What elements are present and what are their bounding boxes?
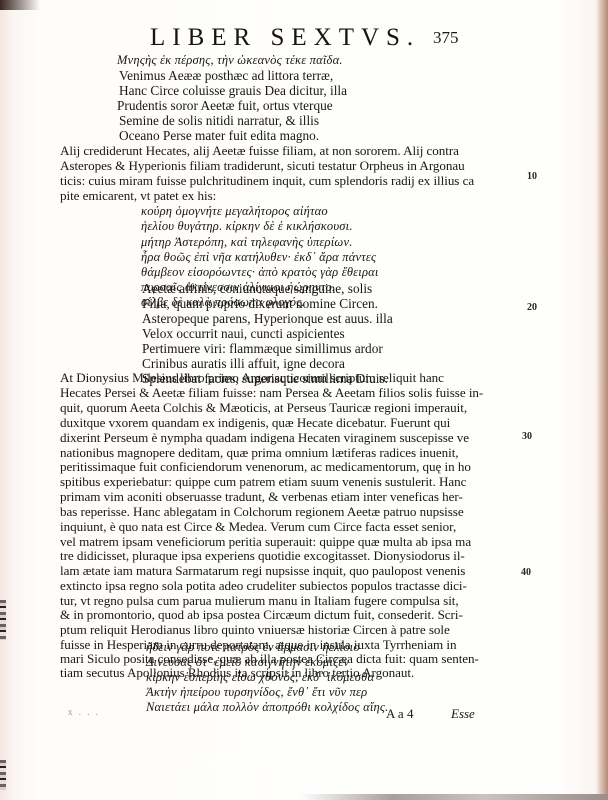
prose-line: lam ætate iam matura Sarmatarum regi nup…	[60, 563, 465, 578]
greek-line: Μνηςὴς ἐκ πέρσης, τὴν ὠκεανὸς τέκε παῖδα…	[117, 53, 343, 68]
greek-line: κούρη ὁμογνήτε μεγαλήτορος αἰήταο	[141, 204, 328, 219]
verse-line: Oceano Perse mater fuit edita magno.	[119, 128, 319, 143]
prose-line: At Dionysius Milesius libro primo Argona…	[60, 370, 444, 385]
verse-line: Filia, quam proprio dixerunt nomine Circ…	[142, 296, 378, 311]
prose-line: nationibus magnopere deditam, quæ prima …	[60, 445, 459, 460]
verse-line: Venimus Aeææ posthæc ad littora terræ,	[119, 68, 333, 83]
greek-line: κίρκην ἑσπερίης εἴσω χθονός, ἐκδ᾽ ἱκόμεσ…	[146, 670, 374, 685]
prose-line: vel matrem ipsam veneficiorum peritia su…	[60, 534, 471, 549]
greek-line: μήτηρ Ἀστερόπη, καὶ τηλεφανὴς ὑπερίων.	[141, 235, 353, 250]
margin-line-number: 20	[527, 302, 537, 313]
prose-line: ticis: cuius miram fuisse pulchritudinem…	[60, 173, 474, 188]
margin-line-number: 30	[522, 431, 532, 442]
book-page: LIBER SEXTVS. 375 Μνηςὴς ἐκ πέρσης, τὴν …	[0, 0, 608, 800]
margin-line-number: 40	[521, 567, 531, 578]
prose-line: extincto ipsa regno sola potita adeo cru…	[60, 578, 467, 593]
prose-line: peritissimaque fuit conficiendorum venen…	[60, 459, 471, 474]
prose-line: spitibus experiebatur: quippe cum patrem…	[60, 474, 466, 489]
page-edge-shadow	[0, 600, 6, 640]
prose-line: pite emicarent, vt patet ex his:	[60, 188, 216, 203]
print-smudge: x . . .	[68, 707, 100, 717]
page-edge-shadow	[0, 760, 6, 790]
margin-line-number: 10	[527, 171, 537, 182]
greek-line: θάμβεον εἰσορόωντες· ἀπὸ κρατὸς γὰρ ἔθει…	[141, 265, 379, 280]
verse-line: Semine de solis nitidi narratur, & illis	[119, 113, 319, 128]
prose-line: inquiunt, è quo nata est Circe & Medea. …	[60, 519, 456, 534]
prose-line: ptum reliquit Herodianus libro quinto vn…	[60, 622, 450, 637]
greek-line: Ναιετάει μάλα πολλὸν ἀποπρόθι κολχίδος α…	[146, 700, 389, 715]
greek-line: ἤδειν γάρ ποτε πατρὸς ἐν ἅρμασιν ἠελίοιο	[146, 640, 360, 655]
signature-mark: A a 4	[386, 706, 413, 722]
prose-line: duxitque vxorem quandam ex indigenis, qu…	[60, 415, 450, 430]
verse-line: Pertimuere viri: flammæque simillimus ar…	[142, 341, 383, 356]
prose-line: bas reperisse. Hanc ablegatam in Colchor…	[60, 504, 464, 519]
greek-line: ἠελίου θυγάτηρ. κίρκην δὲ ἑ κικλήσκουσι.	[141, 219, 353, 234]
greek-line: ἦρα θοῶς ἐπὶ νῆα κατήλυθεν· ἐκδ᾽ ἄρα πάν…	[141, 250, 376, 265]
prose-line: tur, vt regno pulsa cum parua mulierum m…	[60, 593, 459, 608]
prose-line: quit, quorum Aeeta Colchis & Mæoticis, a…	[60, 400, 467, 415]
prose-line: & in promontorio, quod ab ipsa postea Ci…	[60, 607, 463, 622]
prose-line: Asteropes & Hyperionis filiam tradiderun…	[60, 158, 465, 173]
prose-line: tre didicisset, pluraque ipsa experiens …	[60, 548, 465, 563]
prose-line: Alij crediderunt Hecates, alij Aeetæ fui…	[60, 143, 459, 158]
running-head: LIBER SEXTVS.	[150, 24, 420, 52]
page-number: 375	[433, 28, 459, 48]
verse-line: Crinibus auratis illi affuit, igne decor…	[142, 356, 345, 371]
catchword: Esse	[451, 706, 475, 722]
verse-line: Prudentis soror Aeetæ fuit, ortus vterqu…	[117, 98, 333, 113]
verse-line: Hanc Circe coluisse grauis Dea dicitur, …	[119, 83, 347, 98]
prose-line: primam vim aconiti obseruasse tradunt, &…	[60, 489, 463, 504]
prose-line: Hecates Persei & Aeetæ filiam fuisse: na…	[60, 385, 483, 400]
greek-line: Δινεύσας ὅτ᾽ ἐμεῖο κασιγνήτην ἐκόμιζεν	[146, 655, 349, 670]
prose-line: dixerint Perseum è nympha quadam indigen…	[60, 430, 469, 445]
verse-line: Velox occurrit naui, cuncti aspicientes	[142, 326, 345, 341]
verse-line: Aeetæ affinis, coniunctaque sanguine, so…	[142, 281, 372, 296]
greek-line: Ἀκτὴν ἠπείρου τυρσηνίδος, ἔνθ᾽ ἔτι νῦν π…	[146, 685, 367, 700]
verse-line: Asteropeque parens, Hyperionque est auus…	[142, 311, 393, 326]
